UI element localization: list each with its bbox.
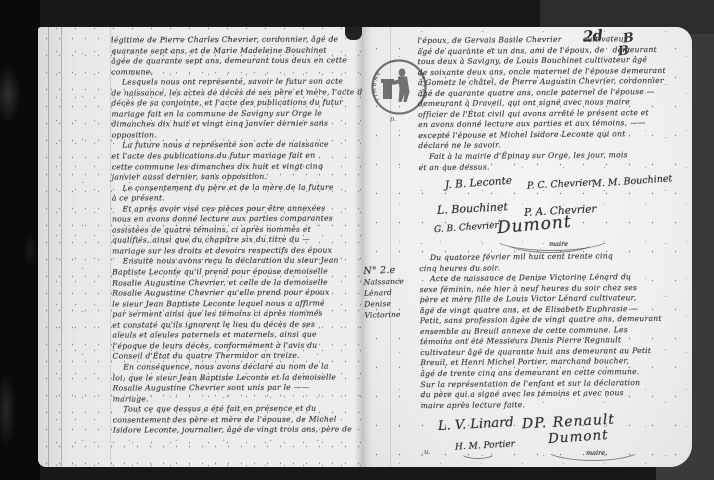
manuscript-line: Rosalie Augustine Chevrier qu'elle prend… — [112, 288, 360, 300]
scanner-background-left — [0, 0, 40, 480]
manuscript-line: âgée de quarante sept ans, demeurant tou… — [111, 56, 359, 68]
act-person-name: Lénard Denise — [364, 286, 421, 309]
manuscript-line: cette commune les dimanches dix huit et … — [112, 161, 360, 173]
left-page: légitime de Pierre Charles Chevrier, cor… — [38, 27, 362, 467]
page-gutter-shadow — [354, 27, 372, 467]
fold-line — [48, 27, 49, 467]
act-person-name: Victorine — [364, 308, 420, 320]
manuscript-line: nous en avons donné lecture aux parties … — [112, 214, 360, 226]
signature-title-maire: maire — [549, 240, 568, 248]
manuscript-line: loi, que le sieur Jean Baptiste Leconte … — [113, 372, 361, 384]
signature-title-maire: maire. — [586, 449, 607, 457]
birth-act-text: Du quatorze février mil huit cent trente… — [419, 251, 665, 412]
marriage-act-text-right: l'époux, de Gervais Basile Chevrier cult… — [417, 34, 664, 173]
stamp-annotation: p. — [390, 115, 396, 123]
manuscript-line: Fait à la mairie d'Épinay sur Orge, les … — [418, 150, 664, 163]
signature-flourish — [460, 446, 496, 459]
scanned-register-page: { "colors": { "paper": "#ececec", "ink":… — [0, 0, 714, 480]
marriage-act-text-left: légitime de Pierre Charles Chevrier, cor… — [111, 34, 361, 436]
manuscript-line: La future nous a représenté son acte de … — [112, 140, 360, 152]
manuscript-line: Lesquels nous ont représenté, savoir le … — [111, 77, 359, 89]
manuscript-line: Baptiste Leconte qu'il prend pour épouse… — [112, 266, 360, 278]
manuscript-line: dimanches dix huit et vingt cinq janvier… — [111, 119, 359, 131]
manuscript-line: légitime de Pierre Charles Chevrier, cor… — [111, 34, 359, 46]
fold-line — [61, 27, 62, 467]
page-gutter-notch — [345, 27, 362, 40]
signature-pc-chevrier: P. C. Chevrier — [527, 177, 593, 191]
signature-l-bouchinet: L. Bouchinet — [437, 200, 508, 217]
manuscript-line: maire après lecture faite. — [421, 398, 665, 411]
stamp-figure — [381, 69, 410, 103]
signature-gb-chevrier: G. B. Chevrier — [434, 221, 499, 235]
signature-linard: L. V. Linard — [438, 415, 514, 434]
manuscript-line: Le consentement du père et de la mère de… — [112, 182, 360, 194]
right-page: TIMBRE ROYAL p. 2d B B l'époux, de Gerva… — [362, 27, 692, 467]
signature-bouchinet-mm: M. M. Bouchinet — [592, 173, 673, 190]
page-bottom-mark: u. — [424, 448, 431, 456]
signature-flourish — [544, 435, 642, 461]
manuscript-line: le sieur Jean Baptiste Leconte lequel no… — [112, 298, 360, 310]
manuscript-line: Isidore Leconte, journalier, âgé de ving… — [113, 425, 361, 437]
manuscript-line: En conséquence, nous avons déclaré au no… — [113, 361, 361, 373]
manuscript-spread: légitime de Pierre Charles Chevrier, cor… — [38, 27, 692, 467]
manuscript-line: et an que dessus. — [419, 160, 665, 173]
signature-leconte: J. B. Leconte — [445, 175, 513, 192]
